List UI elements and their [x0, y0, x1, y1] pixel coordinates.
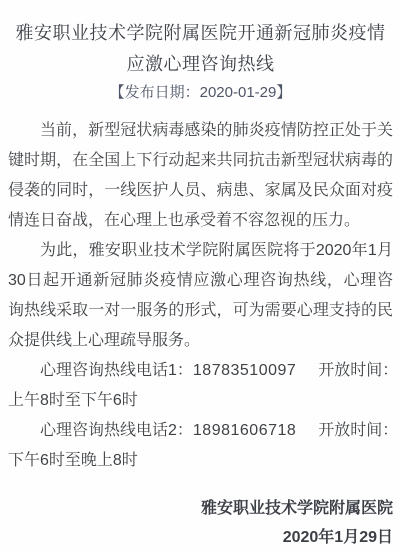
signature-block: 雅安职业技术学院附属医院 2020年1月29日: [8, 494, 393, 552]
hotline-2-main-line: 心理咨询热线电话2：18981606718开放时间：: [8, 416, 393, 446]
paragraph-situation: 当前，新型冠状病毒感染的肺炎疫情防控正处于关键时期，在全国上下行动起来共同抗击新…: [8, 116, 393, 236]
paragraph-announcement: 为此，雅安职业技术学院附属医院将于2020年1月30日起开通新冠肺炎疫情应激心理…: [8, 236, 393, 356]
article-title: 雅安职业技术学院附属医院开通新冠肺炎疫情应激心理咨询热线: [8, 18, 393, 80]
hotline-2-hours-label: 开放时间：: [318, 422, 398, 439]
hotline-1-hours-label: 开放时间：: [318, 362, 398, 379]
hotline-1-phone: 18783510097: [193, 362, 296, 379]
hotline-1-label: 心理咨询热线电话1：: [40, 362, 193, 379]
article-page: 雅安职业技术学院附属医院开通新冠肺炎疫情应激心理咨询热线 【发布日期：2020-…: [0, 0, 401, 554]
hotline-2: 心理咨询热线电话2：18981606718开放时间：下午6时至晚上8时: [8, 416, 393, 476]
publish-date-line: 【发布日期：2020-01-29】: [8, 84, 393, 102]
hotline-1: 心理咨询热线电话1：18783510097开放时间：上午8时至下午6时: [8, 356, 393, 416]
hotline-2-label: 心理咨询热线电话2：: [40, 422, 193, 439]
hotline-2-hours: 下午6时至晚上8时: [8, 446, 393, 476]
hotline-1-main-line: 心理咨询热线电话1：18783510097开放时间：: [8, 356, 393, 386]
hotline-1-hours: 上午8时至下午6时: [8, 386, 393, 416]
signature-date: 2020年1月29日: [8, 523, 393, 552]
signature-organization: 雅安职业技术学院附属医院: [8, 494, 393, 523]
hotline-2-phone: 18981606718: [193, 422, 296, 439]
